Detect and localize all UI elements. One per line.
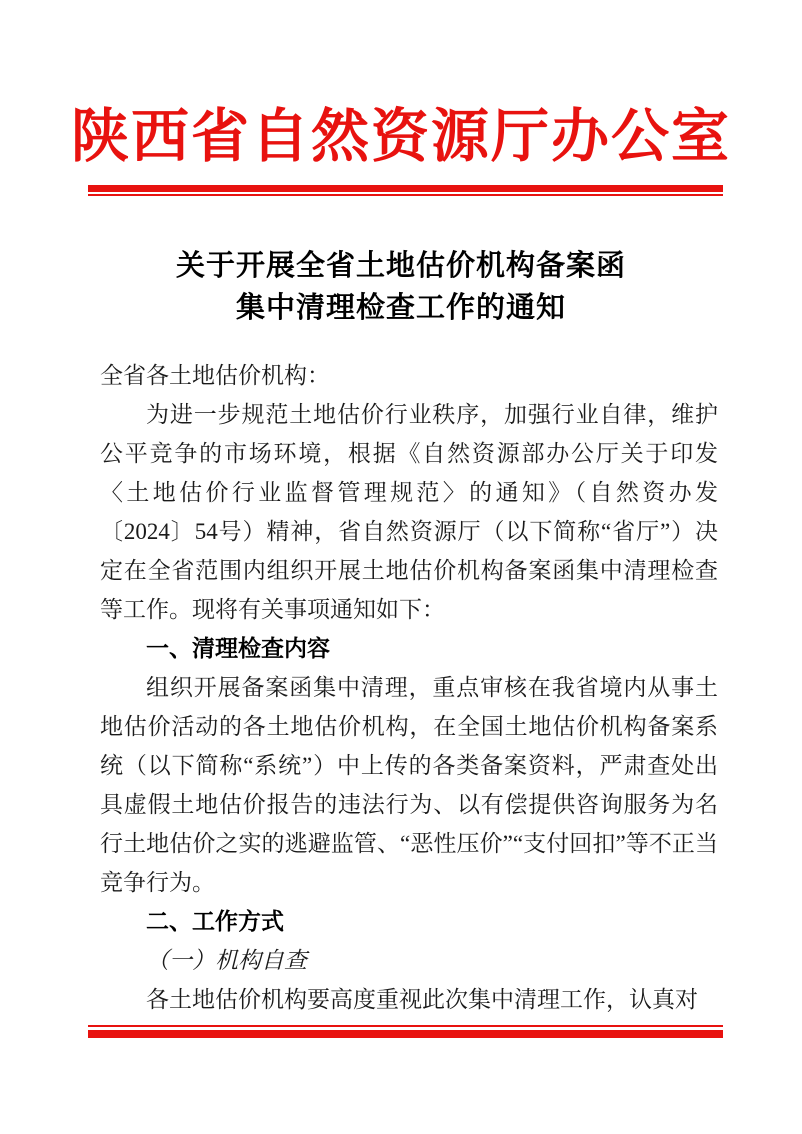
section-2-subheading: （一）机构自查: [100, 941, 718, 980]
document-page: 陕西省自然资源厅办公室 关于开展全省土地估价机构备案函 集中清理检查工作的通知 …: [0, 0, 802, 1134]
letterhead-title: 陕西省自然资源厅办公室: [0, 98, 802, 176]
intro-paragraph: 为进一步规范土地估价行业秩序，加强行业自律，维护公平竞争的市场环境，根据《自然资…: [100, 395, 718, 629]
document-title: 关于开展全省土地估价机构备案函 集中清理检查工作的通知: [0, 245, 802, 329]
document-title-line-1: 关于开展全省土地估价机构备案函: [0, 245, 802, 287]
section-1-paragraph: 组织开展备案函集中清理，重点审核在我省境内从事土地估价活动的各土地估价机构，在全…: [100, 668, 718, 902]
footer-rule-thick: [88, 1030, 723, 1038]
section-2-paragraph: 各土地估价机构要高度重视此次集中清理工作，认真对: [100, 980, 718, 1019]
section-2-heading: 二、工作方式: [100, 902, 718, 941]
letterhead-rule-thick: [88, 185, 723, 192]
letterhead-rule-thin: [88, 194, 723, 196]
section-1-heading: 一、清理检查内容: [100, 629, 718, 668]
footer-rule: [88, 1025, 723, 1038]
footer-rule-thin: [88, 1025, 723, 1027]
document-title-line-2: 集中清理检查工作的通知: [0, 287, 802, 329]
letterhead-rule: [88, 185, 723, 196]
salutation: 全省各土地估价机构：: [100, 356, 718, 395]
document-body: 全省各土地估价机构： 为进一步规范土地估价行业秩序，加强行业自律，维护公平竞争的…: [100, 356, 718, 1019]
